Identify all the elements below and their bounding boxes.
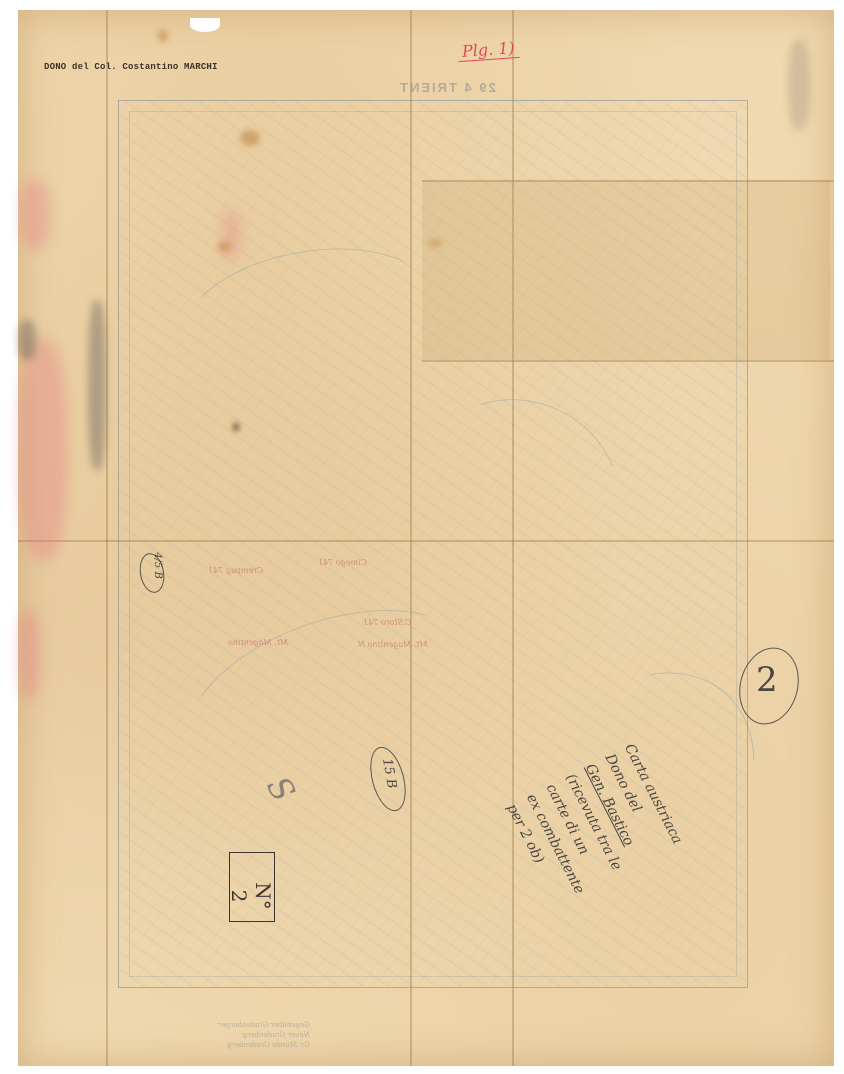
circled-number-right-text: 2	[756, 660, 778, 700]
red-pencil-label: Plg. 1)	[457, 38, 519, 62]
map-sheet: DONO del Col. Costantino MARCHI Plg. 1) …	[18, 10, 834, 1066]
faded-place-label: C.Storo 741	[363, 618, 411, 627]
graphite-smudge	[88, 300, 106, 470]
red-smudge	[18, 610, 40, 700]
fold-line-vertical-left	[106, 10, 108, 1066]
graphite-smudge	[18, 320, 36, 360]
red-smudge	[20, 180, 50, 250]
legend-line: Gr. Stunde Gradenberg	[218, 1040, 310, 1050]
mirrored-sheet-title: 29 4 TRIENT	[398, 80, 496, 95]
faded-place-label: Mt. Magentino N	[358, 640, 428, 649]
red-smudge	[18, 340, 68, 560]
mirrored-legend: Gegenüber Gradenberger Neuer Gradenberg …	[218, 1020, 310, 1050]
graphite-smudge	[788, 40, 810, 130]
faded-place-label: Mt. Magentino	[228, 638, 288, 647]
circled-code-upper-text: 4/5 B	[152, 552, 163, 579]
legend-line: Neuer Gradenberg	[218, 1030, 310, 1040]
faded-place-label: Crempag 741	[208, 566, 263, 575]
boxed-number-text: N° 2	[227, 874, 275, 918]
rust-stain	[158, 30, 168, 42]
faded-place-label: Cimego 741	[318, 558, 367, 567]
legend-line: Gegenüber Gradenberger	[218, 1020, 310, 1030]
donor-typed-header: DONO del Col. Costantino MARCHI	[44, 62, 218, 72]
paper-tear	[190, 18, 220, 32]
